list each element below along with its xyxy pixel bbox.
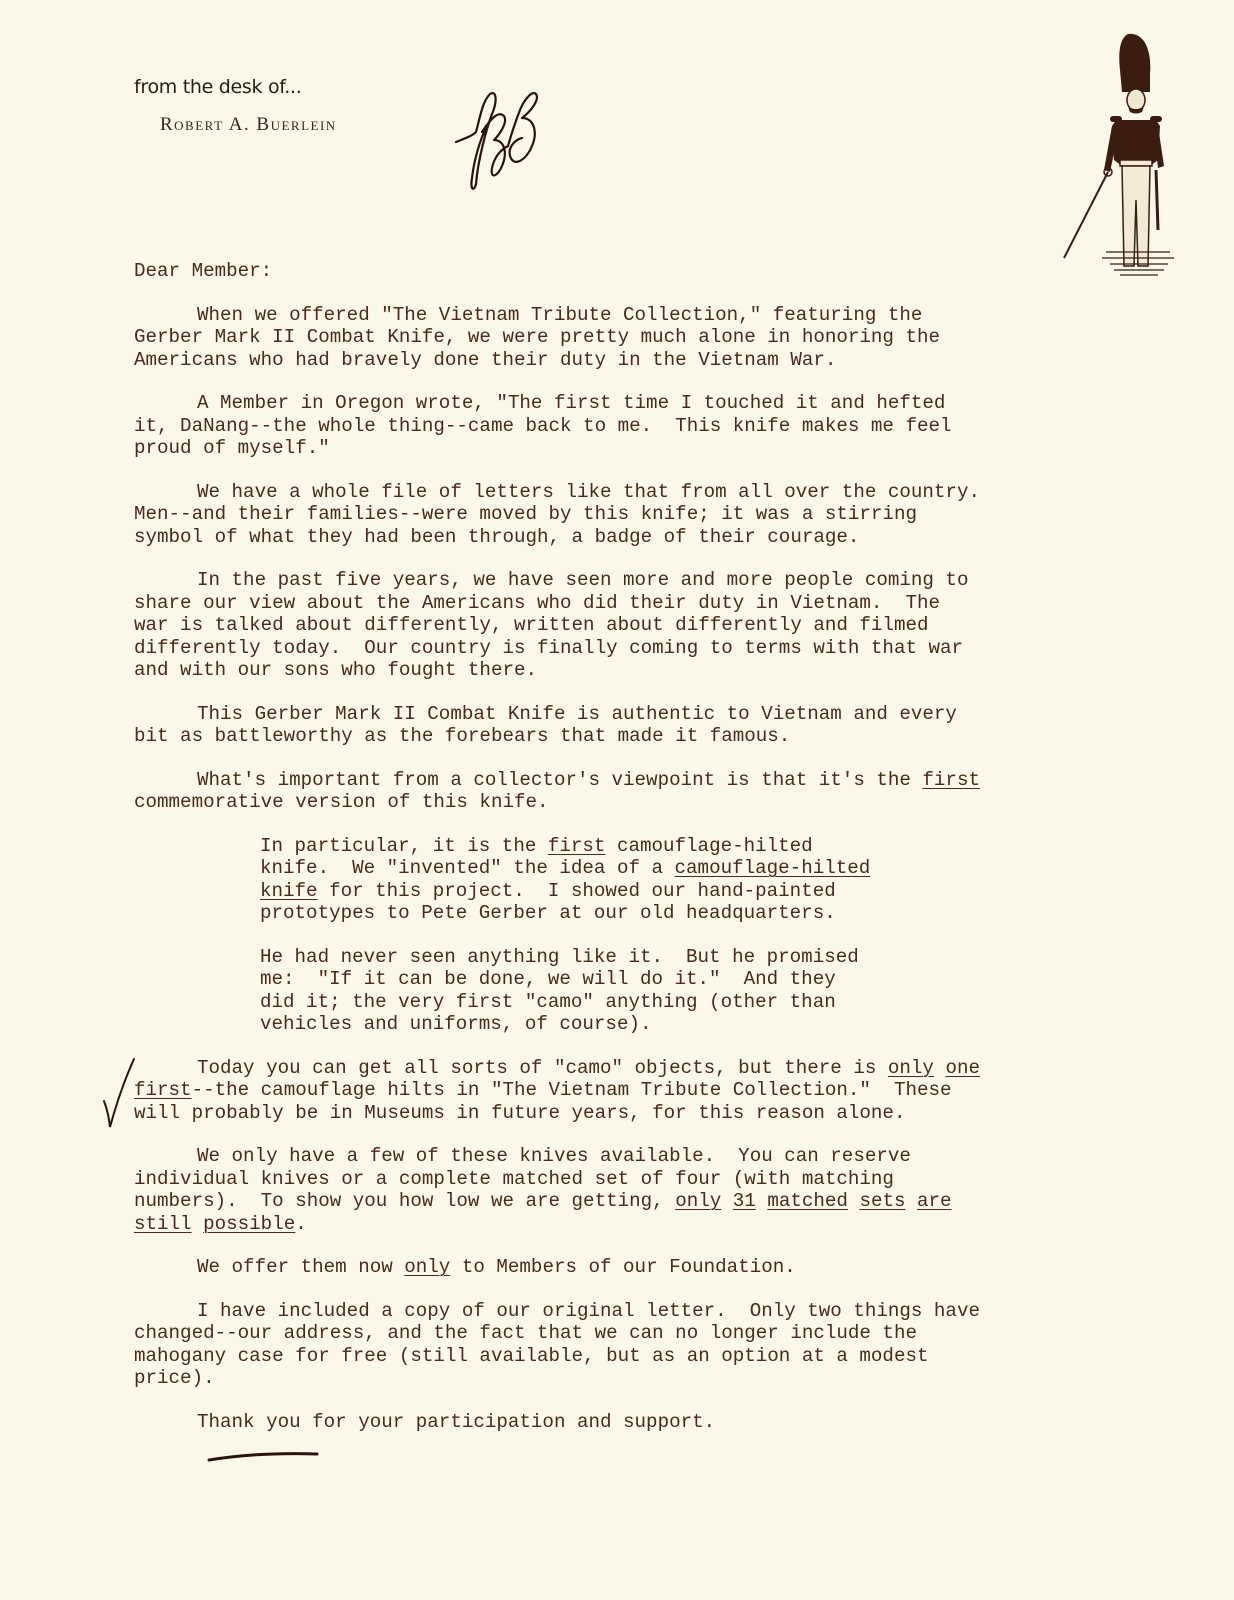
paragraph-offer: We offer them now only to Members of our… [134,1256,1094,1279]
underlined-text: are [917,1190,952,1212]
text-line: share our view about the Americans who d… [134,592,1094,615]
text-line: Men--and their families--were moved by t… [134,503,1094,526]
paragraph-4: In the past five years, we have seen mor… [134,569,1094,682]
paragraph-5: This Gerber Mark II Combat Knife is auth… [134,703,1094,748]
soldier-illustration-icon [1040,30,1190,285]
text-line: We offer them now only to Members of our… [134,1256,1094,1279]
closing-line: Thank you for your participation and sup… [134,1411,1094,1434]
underlined-text: possible [203,1213,295,1235]
text-line: When we offered "The Vietnam Tribute Col… [134,304,1094,327]
text-line: Americans who had bravely done their dut… [134,349,1094,372]
text-span: knife. We "invented" the idea of a [260,857,675,879]
underlined-text: only [888,1057,934,1079]
text-span: . [295,1213,307,1235]
text-line: it, DaNang--the whole thing--came back t… [134,415,1094,438]
text-line: We have a whole file of letters like tha… [134,481,1094,504]
salutation: Dear Member: [134,260,1094,283]
text-span: numbers). To show you how low we are get… [134,1190,675,1212]
letterhead-from-label: from the desk of... [134,76,302,98]
underlined-text: only [675,1190,721,1212]
underlined-text: camouflage-hilted [675,857,871,879]
text-span: Today you can get all sorts of "camo" ob… [197,1057,888,1079]
text-line: He had never seen anything like it. But … [260,946,1094,969]
text-span: What's important from a collector's view… [197,769,922,791]
text-line: bit as battleworthy as the forebears tha… [134,725,1094,748]
underlined-text: first [134,1079,192,1101]
text-line: will probably be in Museums in future ye… [134,1102,1094,1125]
underlined-text: only [404,1256,450,1278]
paragraph-1: When we offered "The Vietnam Tribute Col… [134,304,1094,372]
text-line: differently today. Our country is finall… [134,637,1094,660]
text-line: Today you can get all sorts of "camo" ob… [134,1057,1094,1080]
blockquote-paragraph-1: In particular, it is the first camouflag… [260,835,1094,925]
underlined-text: matched [767,1190,848,1212]
text-line: still possible. [134,1213,1094,1236]
text-line: vehicles and uniforms, of course). [260,1013,1094,1036]
paragraph-today: Today you can get all sorts of "camo" ob… [134,1057,1094,1125]
text-line: changed--our address, and the fact that … [134,1322,1094,1345]
text-line: did it; the very first "camo" anything (… [260,991,1094,1014]
paragraph-copy: I have included a copy of our original l… [134,1300,1094,1390]
text-span: In particular, it is the [260,835,548,857]
text-span: for this project. I showed our hand-pain… [318,880,836,902]
text-line: In the past five years, we have seen mor… [134,569,1094,592]
text-line: mahogany case for free (still available,… [134,1345,1094,1368]
text-line: knife. We "invented" the idea of a camou… [260,857,1094,880]
text-span: to Members of our Foundation. [450,1256,795,1278]
text-line: commemorative version of this knife. [134,791,1094,814]
blockquote-paragraph-2: He had never seen anything like it. But … [260,946,1094,1036]
text-line: Gerber Mark II Combat Knife, we were pre… [134,326,1094,349]
text-span: --the camouflage hilts in "The Vietnam T… [192,1079,952,1101]
initials-signature-icon [452,80,542,200]
letterhead-name: Robert A. Buerlein [160,114,337,136]
paragraph-6: What's important from a collector's view… [134,769,1094,814]
letter-body: Dear Member: When we offered "The Vietna… [134,260,1094,1433]
text-line: symbol of what they had been through, a … [134,526,1094,549]
text-line: In particular, it is the first camouflag… [260,835,1094,858]
underlined-text: sets [859,1190,905,1212]
text-line: What's important from a collector's view… [134,769,1094,792]
text-line: A Member in Oregon wrote, "The first tim… [134,392,1094,415]
underlined-text: one [945,1057,980,1079]
underlined-text: knife [260,880,318,902]
text-span: We offer them now [197,1256,404,1278]
text-line: me: "If it can be done, we will do it." … [260,968,1094,991]
text-line: proud of myself." [134,437,1094,460]
text-line: We only have a few of these knives avail… [134,1145,1094,1168]
signature-stroke-icon [205,1448,320,1468]
text-line: first--the camouflage hilts in "The Viet… [134,1079,1094,1102]
text-line: prototypes to Pete Gerber at our old hea… [260,902,1094,925]
paragraph-2: A Member in Oregon wrote, "The first tim… [134,392,1094,460]
paragraph-reserve: We only have a few of these knives avail… [134,1145,1094,1235]
underlined-text: first [922,769,980,791]
text-span: camouflage-hilted [605,835,812,857]
text-line: knife for this project. I showed our han… [260,880,1094,903]
text-line: I have included a copy of our original l… [134,1300,1094,1323]
text-line: This Gerber Mark II Combat Knife is auth… [134,703,1094,726]
paragraph-3: We have a whole file of letters like tha… [134,481,1094,549]
text-line: numbers). To show you how low we are get… [134,1190,1094,1213]
text-line: price). [134,1367,1094,1390]
text-line: individual knives or a complete matched … [134,1168,1094,1191]
text-line: and with our sons who fought there. [134,659,1094,682]
underlined-text: still [134,1213,192,1235]
underlined-text: first [548,835,606,857]
text-line: war is talked about differently, written… [134,614,1094,637]
underlined-text: 31 [733,1190,756,1212]
